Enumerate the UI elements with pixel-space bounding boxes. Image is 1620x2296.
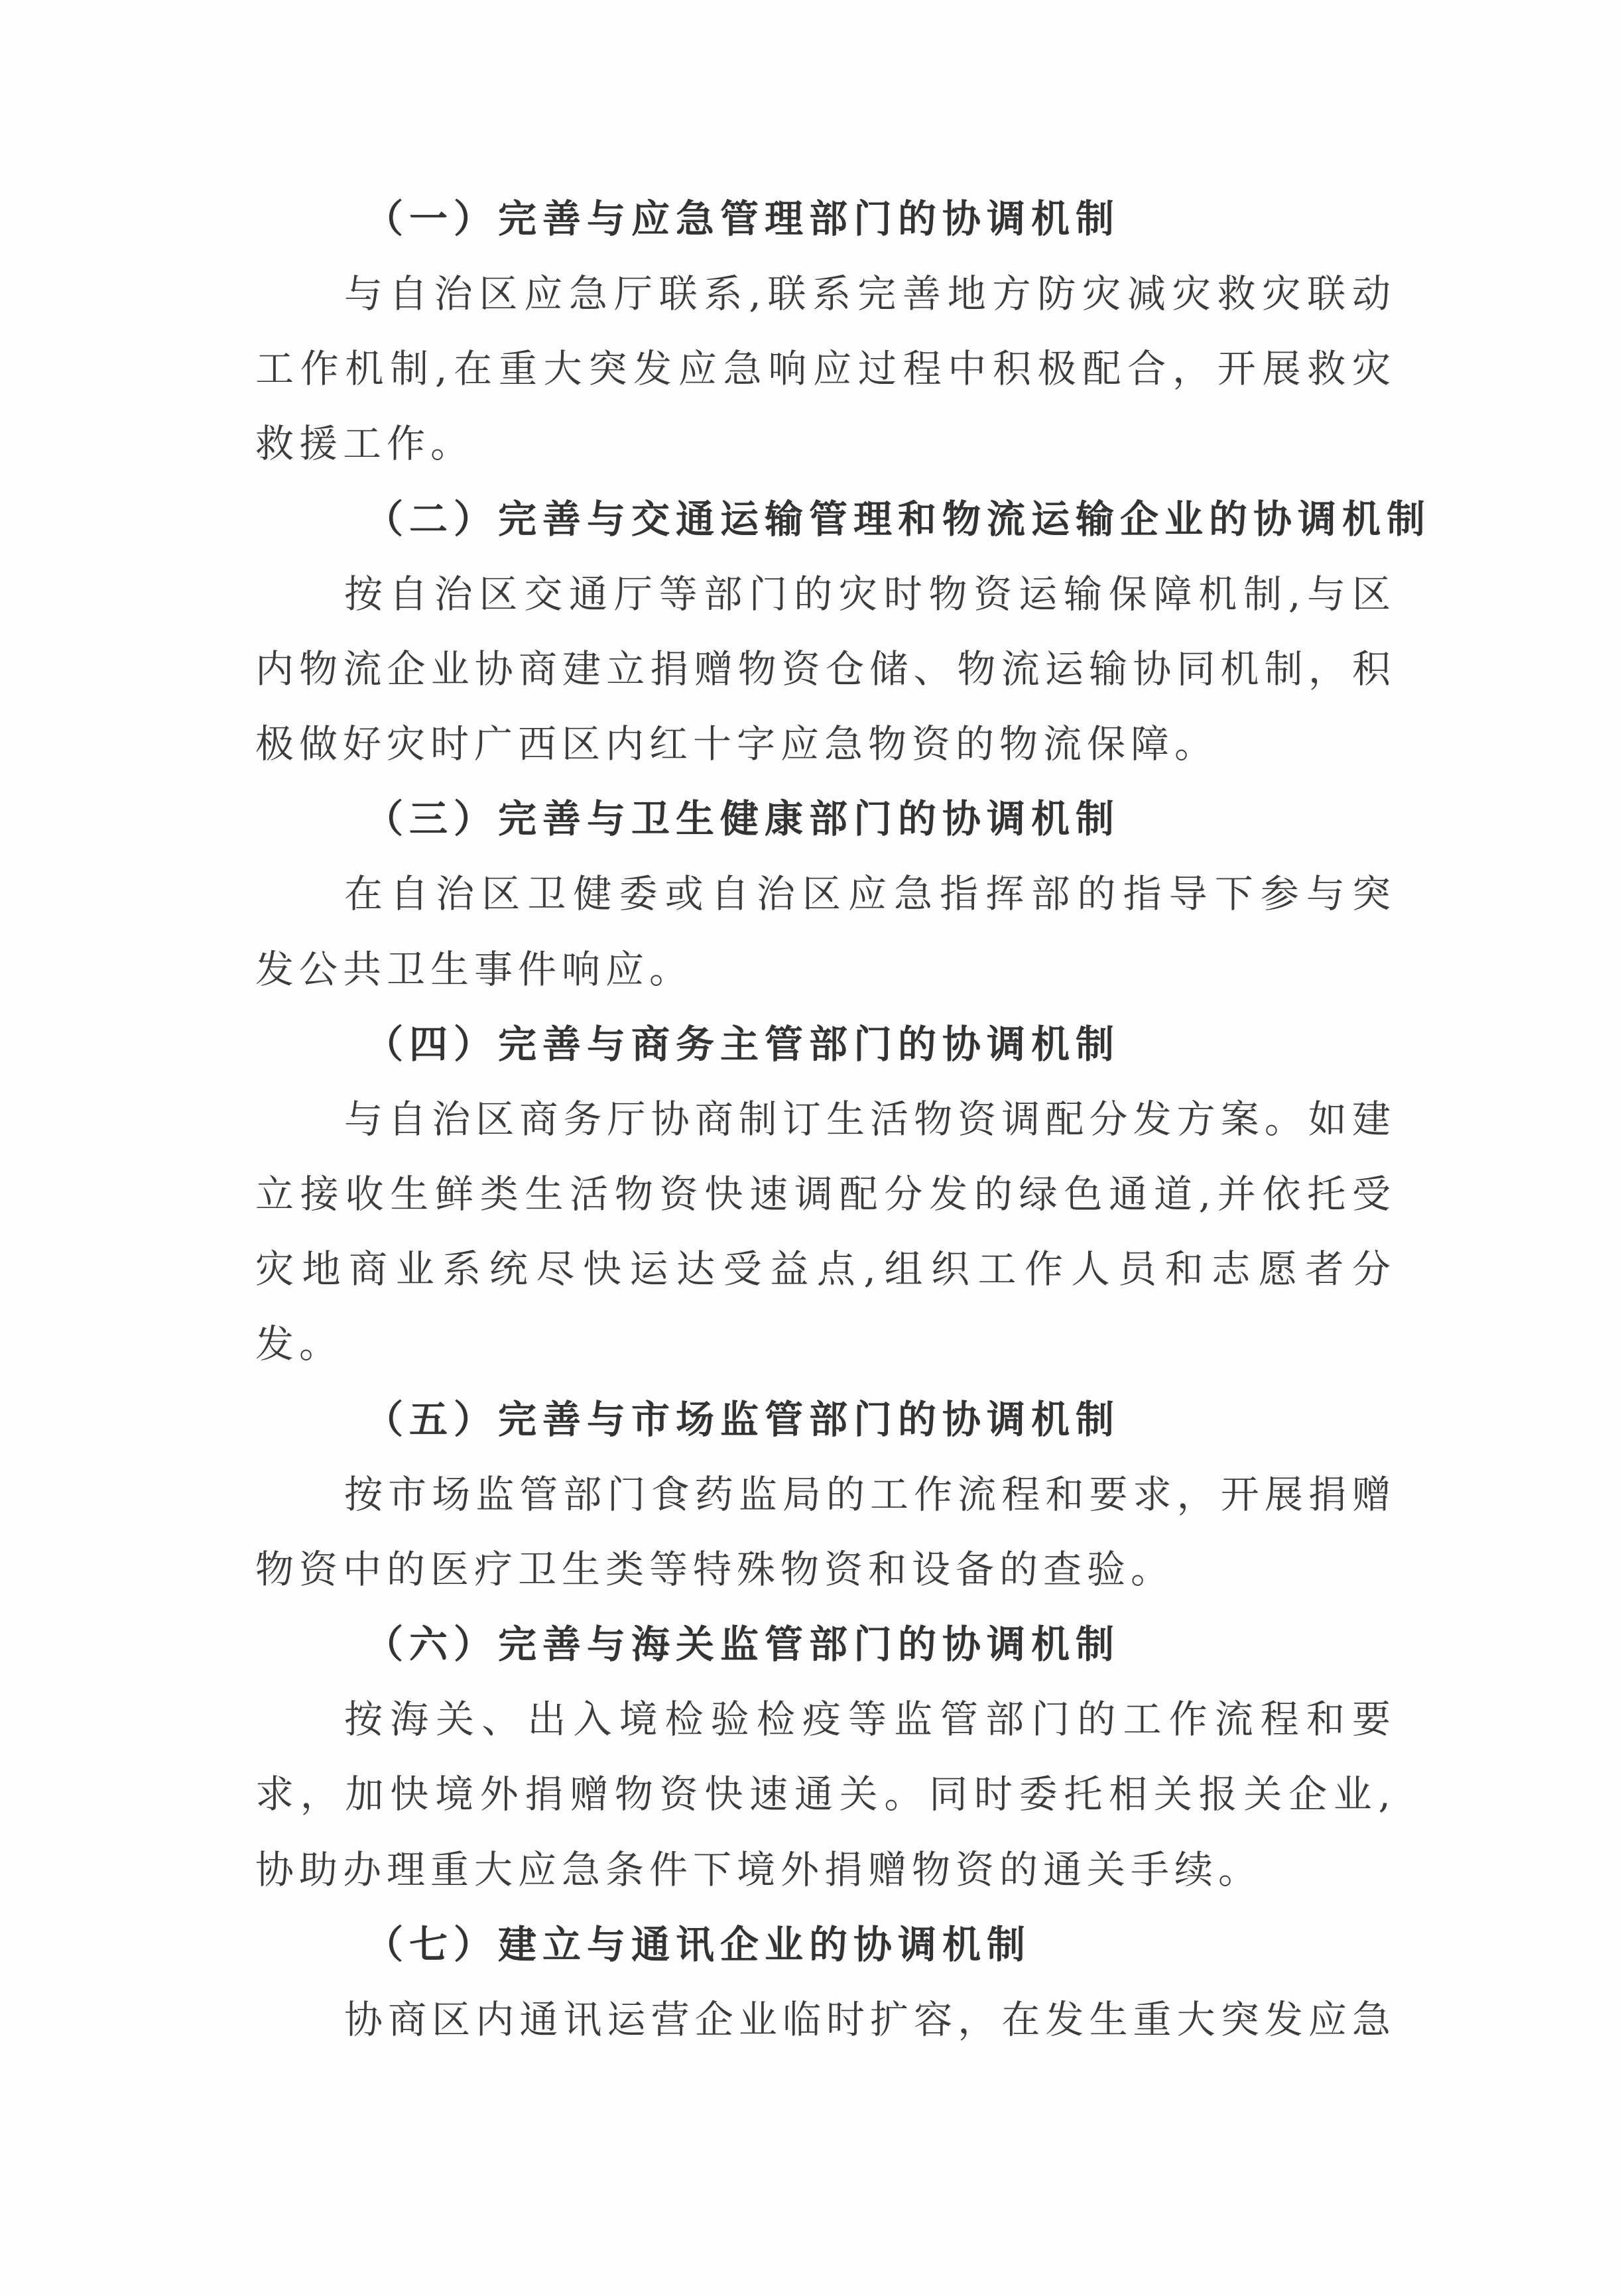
section-heading-1: （一）完善与应急管理部门的协调机制 xyxy=(365,182,1120,257)
section-heading-4: （四）完善与商务主管部门的协调机制 xyxy=(365,1007,1120,1082)
paragraph-line: 与自治区应急厅联系,联系完善地方防灾减灾救灾联动 xyxy=(344,257,1391,332)
paragraph-line: 求，加快境外捐赠物资快速通关。同时委托相关报关企业, xyxy=(255,1757,1391,1832)
section-heading-7: （七）建立与通讯企业的协调机制 xyxy=(365,1907,1031,1982)
paragraph-line: 工作机制,在重大突发应急响应过程中积极配合，开展救灾 xyxy=(255,332,1391,406)
paragraph-line: 协助办理重大应急条件下境外捐赠物资的通关手续。 xyxy=(255,1833,1391,1907)
paragraph-line: 发公共卫生事件响应。 xyxy=(255,932,1391,1007)
paragraph-line: 与自治区商务厅协商制订生活物资调配分发方案。如建 xyxy=(344,1082,1391,1157)
paragraph-line: 物资中的医疗卫生类等特殊物资和设备的查验。 xyxy=(255,1532,1391,1607)
section-heading-2: （二）完善与交通运输管理和物流运输企业的协调机制 xyxy=(365,482,1431,557)
paragraph-line: 按自治区交通厅等部门的灾时物资运输保障机制,与区 xyxy=(344,557,1391,632)
paragraph-line: 灾地商业系统尽快运达受益点,组织工作人员和志愿者分 xyxy=(255,1232,1391,1307)
paragraph-line: 立接收生鲜类生活物资快速调配分发的绿色通道,并依托受 xyxy=(255,1157,1391,1232)
section-heading-3: （三）完善与卫生健康部门的协调机制 xyxy=(365,782,1120,857)
paragraph-line: 按海关、出入境检验检疫等监管部门的工作流程和要 xyxy=(344,1682,1391,1757)
paragraph-line: 极做好灾时广西区内红十字应急物资的物流保障。 xyxy=(255,707,1391,782)
paragraph-line: 协商区内通讯运营企业临时扩容，在发生重大突发应急 xyxy=(344,1982,1391,2057)
paragraph-line: 在自治区卫健委或自治区应急指挥部的指导下参与突 xyxy=(344,857,1391,932)
section-heading-6: （六）完善与海关监管部门的协调机制 xyxy=(365,1607,1120,1682)
section-heading-5: （五）完善与市场监管部门的协调机制 xyxy=(365,1382,1120,1457)
paragraph-line: 内物流企业协商建立捐赠物资仓储、物流运输协同机制，积 xyxy=(255,632,1391,707)
paragraph-line: 按市场监管部门食药监局的工作流程和要求，开展捐赠 xyxy=(344,1457,1391,1532)
document-page: （一）完善与应急管理部门的协调机制 与自治区应急厅联系,联系完善地方防灾减灾救灾… xyxy=(0,0,1620,2296)
paragraph-line: 发。 xyxy=(255,1307,1391,1382)
paragraph-line: 救援工作。 xyxy=(255,406,1391,481)
